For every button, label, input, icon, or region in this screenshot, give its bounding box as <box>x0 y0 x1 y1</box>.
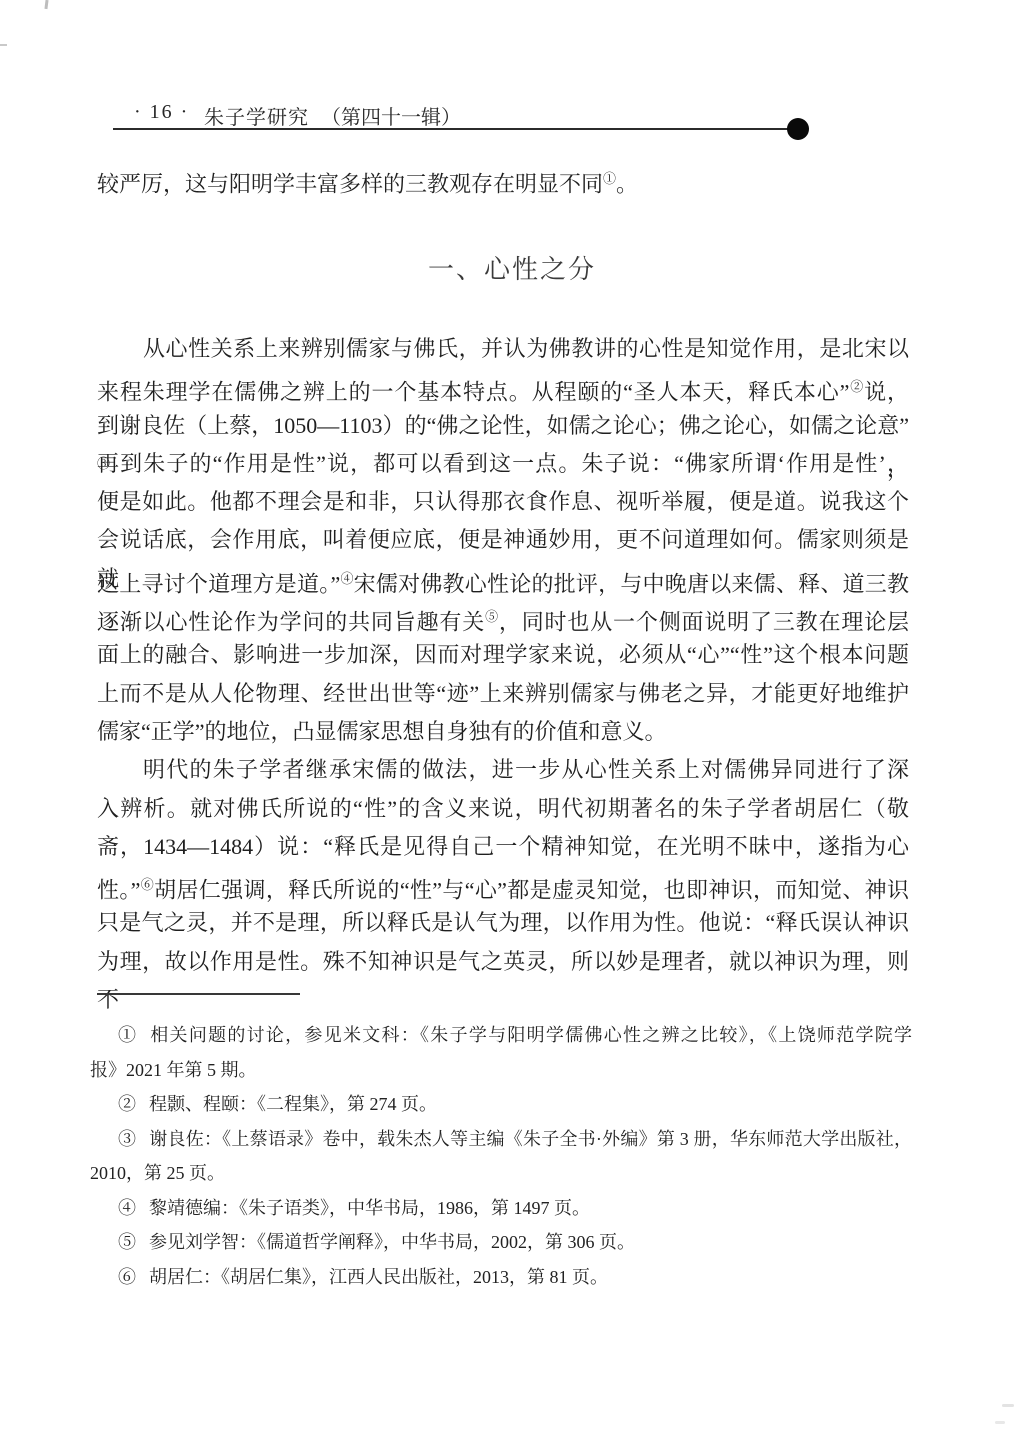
footnote-line: ③谢良佐：《上蔡语录》卷中，载朱杰人等主编《朱子全书·外编》第 3 册，华东师范… <box>90 1122 912 1157</box>
scan-artifact <box>0 44 7 46</box>
footnote-text: 参见刘学智：《儒道哲学阐释》，中华书局，2002，第 306 页。 <box>149 1232 635 1252</box>
body-line: 这上寻讨个道理方是道。”④宋儒对佛教心性论的批评，与中晚唐以来儒、释、道三教 <box>97 560 909 598</box>
body-line: 到谢良佐（上蔡，1050—1103）的“佛之论性，如儒之论心；佛之论心，如儒之论… <box>97 407 909 445</box>
intro-line: 较严厉，这与阳明学丰富多样的三教观存在明显不同①。 <box>97 162 909 201</box>
body-line: 再到朱子的“作用是性”说，都可以看到这一点。朱子说：“佛家所谓‘作用是性’， <box>97 445 909 483</box>
body-line: 逐渐以心性论作为学问的共同旨趣有关⑤，同时也从一个侧面说明了三教在理论层 <box>97 598 909 636</box>
header-rule <box>113 128 789 130</box>
footnote-line: ②程颢、程颐：《二程集》，第 274 页。 <box>90 1087 912 1122</box>
footnote-marker: ④ <box>118 1198 136 1218</box>
body-line: 入辨析。就对佛氏所说的“性”的含义来说，明代初期著名的朱子学者胡居仁（敬 <box>97 790 909 828</box>
journal-title: 朱子学研究 <box>204 101 309 130</box>
section-title: 一、心性之分 <box>0 249 1024 286</box>
footnote-text: 黎靖德编：《朱子语类》，中华书局，1986，第 1497 页。 <box>149 1198 590 1218</box>
footnote-marker: ⑤ <box>118 1232 136 1252</box>
footnote-continuation: 2010，第 25 页。 <box>90 1156 912 1191</box>
body-line: 便是如此。他都不理会是和非，只认得那衣食作息、视听举履，便是道。说我这个 <box>97 483 909 521</box>
scan-artifact <box>44 0 48 9</box>
scan-artifact <box>1002 1404 1014 1407</box>
footnotes: ①相关问题的讨论，参见米文科：《朱子学与阳明学儒佛心性之辨之比较》，《上饶师范学… <box>90 1018 912 1294</box>
footnote-marker: ③ <box>118 1129 136 1149</box>
body-text: 从心性关系上来辨别儒家与佛氏，并认为佛教讲的心性是知觉作用，是北宋以 来程朱理学… <box>97 330 909 981</box>
volume-label: （第四十一辑） <box>321 101 461 130</box>
body-line: 上而不是从人伦物理、经世出世等“迹”上来辨别儒家与佛老之异，才能更好地维护 <box>97 675 909 713</box>
footnote-marker: ① <box>118 1025 137 1045</box>
footnote-line: ①相关问题的讨论，参见米文科：《朱子学与阳明学儒佛心性之辨之比较》，《上饶师范学… <box>90 1018 912 1053</box>
footnote-marker: ② <box>118 1094 136 1114</box>
header-end-dot <box>787 118 809 140</box>
page-number: · 16 · <box>134 101 189 124</box>
footnote-text: 相关问题的讨论，参见米文科：《朱子学与阳明学儒佛心性之辨之比较》，《上饶师范学院… <box>150 1025 912 1045</box>
body-line: 儒家“正学”的地位，凸显儒家思想自身独有的价值和意义。 <box>97 713 909 751</box>
footnote-line: ⑥胡居仁：《胡居仁集》，江西人民出版社，2013，第 81 页。 <box>90 1260 912 1295</box>
footnote-continuation: 报》2021 年第 5 期。 <box>90 1053 912 1088</box>
body-line: 只是气之灵，并不是理，所以释氏是认气为理，以作用为性。他说：“释氏误认神识 <box>97 904 909 942</box>
footnote-line: ④黎靖德编：《朱子语类》，中华书局，1986，第 1497 页。 <box>90 1191 912 1226</box>
body-line: 面上的融合、影响进一步加深，因而对理学家来说，必须从“心”“性”这个根本问题 <box>97 636 909 674</box>
body-line: 从心性关系上来辨别儒家与佛氏，并认为佛教讲的心性是知觉作用，是北宋以 <box>97 330 909 368</box>
footnote-text: 程颢、程颐：《二程集》，第 274 页。 <box>149 1094 437 1114</box>
scan-artifact <box>995 1421 1005 1424</box>
footnote-line: ⑤参见刘学智：《儒道哲学阐释》，中华书局，2002，第 306 页。 <box>90 1225 912 1260</box>
body-line: 性。”⑥胡居仁强调，释氏所说的“性”与“心”都是虚灵知觉，也即神识，而知觉、神识 <box>97 866 909 904</box>
footnote-text: 胡居仁：《胡居仁集》，江西人民出版社，2013，第 81 页。 <box>149 1267 608 1287</box>
body-line: 会说话底，会作用底，叫着便应底，便是神通妙用，更不问道理如何。儒家则须是就 <box>97 521 909 559</box>
footnote-text: 谢良佐：《上蔡语录》卷中，载朱杰人等主编《朱子全书·外编》第 3 册，华东师范大… <box>149 1129 912 1149</box>
footnote-rule <box>97 993 300 995</box>
body-line: 斋，1434—1484）说：“释氏是见得自己一个精神知觉，在光明不昧中，遂指为心 <box>97 828 909 866</box>
body-line: 明代的朱子学者继承宋儒的做法，进一步从心性关系上对儒佛异同进行了深 <box>97 751 909 789</box>
scanned-book-page: · 16 · 朱子学研究 （第四十一辑） 较严厉，这与阳明学丰富多样的三教观存在… <box>0 0 1024 1431</box>
body-line: 为理，故以作用是性。殊不知神识是气之英灵，所以妙是理者，就以神识为理，则不 <box>97 943 909 981</box>
body-line: 来程朱理学在儒佛之辨上的一个基本特点。从程颐的“圣人本天，释氏本心”②说， <box>97 368 909 406</box>
footnote-marker: ⑥ <box>118 1267 136 1287</box>
